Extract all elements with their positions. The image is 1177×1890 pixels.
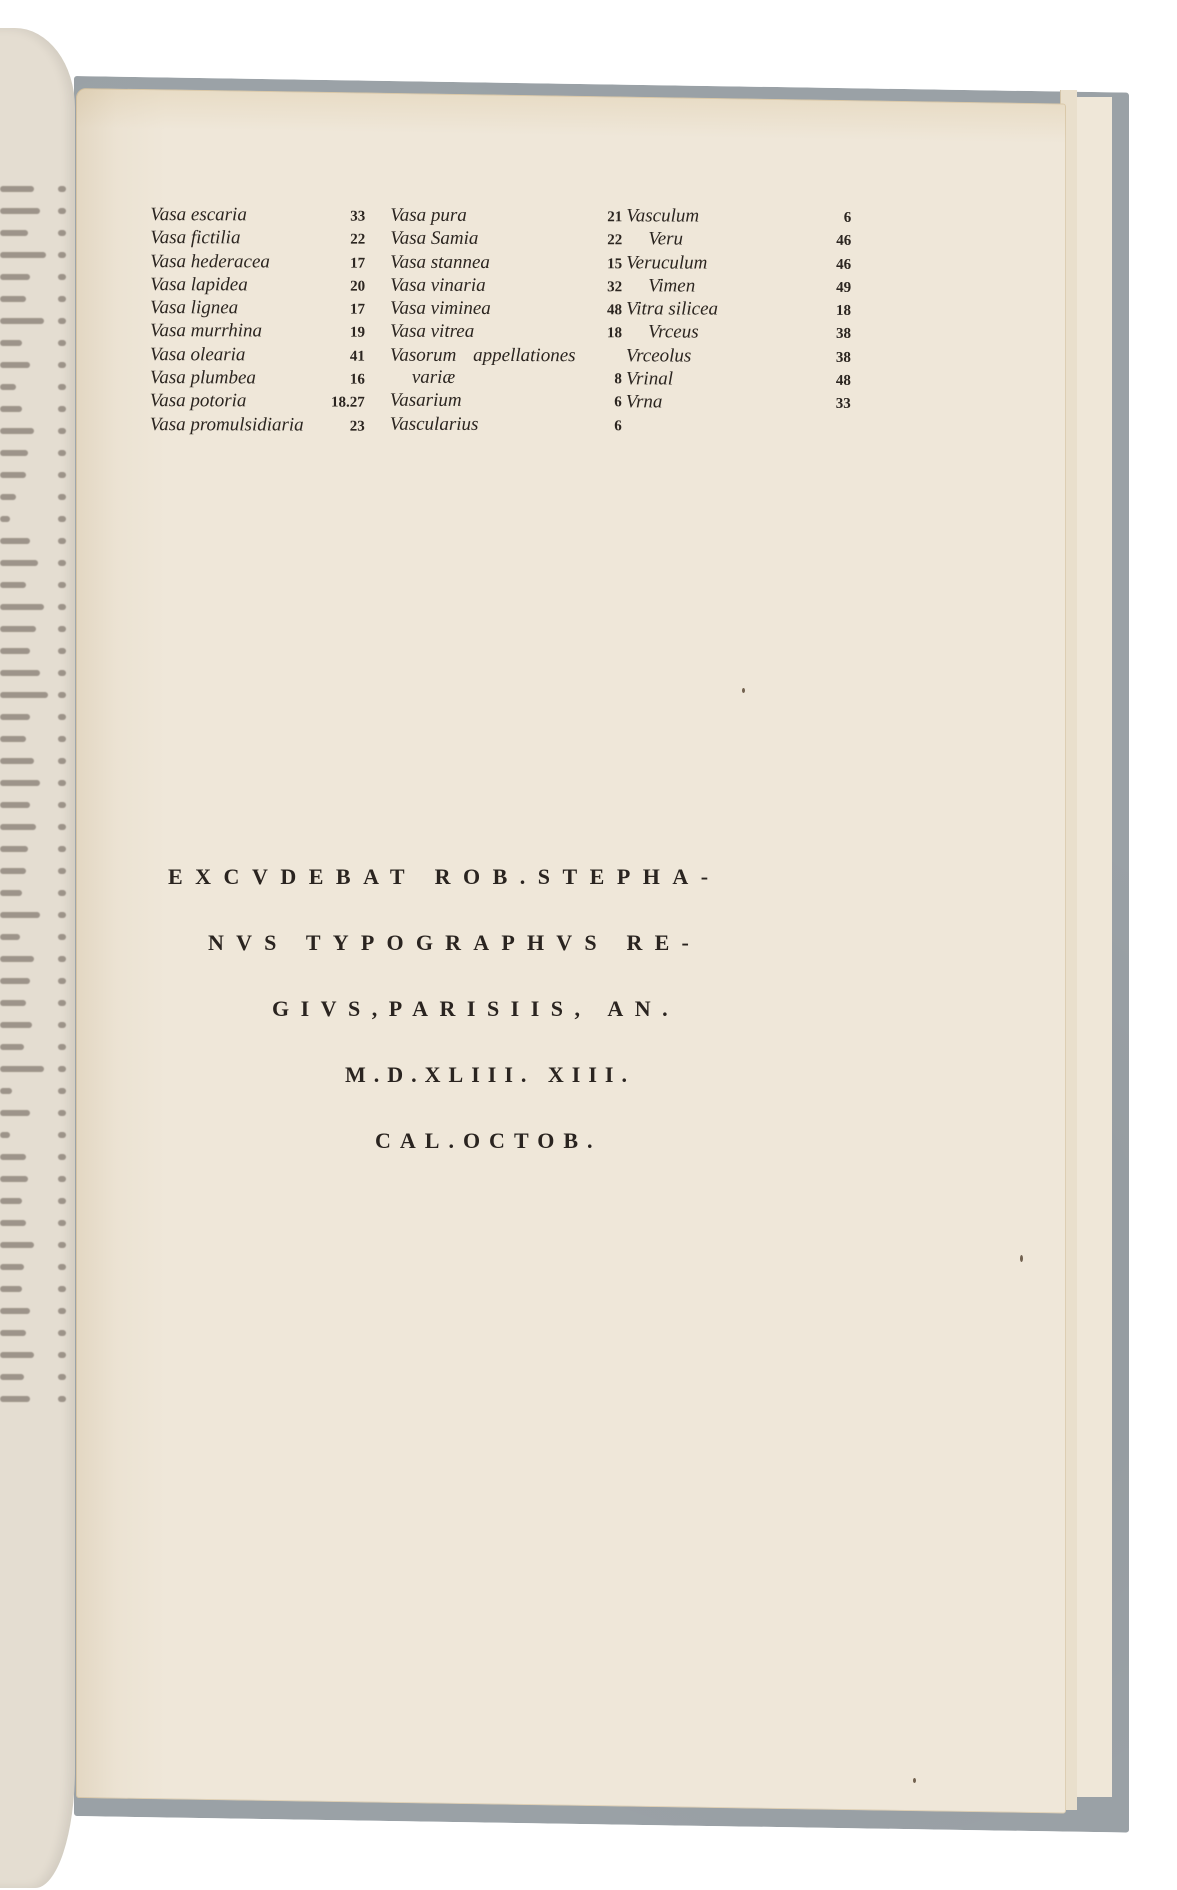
blurred-number (58, 824, 66, 830)
left-page-text-line (0, 1058, 70, 1080)
left-page-text-line (0, 420, 70, 442)
blurred-number (58, 604, 66, 610)
index-term: Vasa Samia (390, 228, 478, 251)
blurred-number (58, 362, 66, 368)
left-page-text-line (0, 1168, 70, 1190)
index-ref: 22 (337, 229, 365, 251)
blurred-word (0, 318, 44, 324)
blurred-number (58, 582, 66, 588)
left-page-text-line (0, 574, 70, 596)
index-term: Vasa promulsidiaria (150, 414, 304, 437)
blurred-word (0, 230, 28, 236)
colophon-line: NVS TYPOGRAPHVS RE- (160, 928, 800, 994)
index-entry: Veru46 (626, 229, 851, 253)
blurred-number (58, 890, 66, 896)
blurred-number (58, 1044, 66, 1050)
index-table: Vasa escaria33 Vasa fictilia22 Vasa hede… (150, 204, 852, 439)
blurred-word (0, 758, 34, 764)
left-page-text-line (0, 486, 70, 508)
blurred-number (58, 1066, 66, 1072)
index-entry: Vasa olearia41 (150, 344, 365, 368)
left-page-text-line (0, 640, 70, 662)
left-page-text-line (0, 618, 70, 640)
blurred-word (0, 1308, 30, 1314)
index-entry: Vasa Samia22 (390, 228, 622, 252)
blurred-word (0, 1352, 34, 1358)
left-page-text-line (0, 332, 70, 354)
index-ref: 32 (594, 276, 622, 298)
blurred-number (58, 626, 66, 632)
index-term: variæ (390, 367, 455, 389)
index-term: Vasorum appellationes (390, 344, 576, 367)
blurred-number (58, 692, 66, 698)
blurred-word (0, 252, 46, 258)
blurred-word (0, 1088, 12, 1094)
blurred-number (58, 1242, 66, 1248)
index-term: Vasa pura (390, 205, 467, 227)
blurred-number (58, 516, 66, 522)
blurred-number (58, 978, 66, 984)
index-ref: 23 (337, 415, 365, 437)
left-page-text-line (0, 1146, 70, 1168)
blurred-number (58, 538, 66, 544)
index-term: Vasa plumbea (150, 367, 256, 390)
index-term: Vasa vitrea (390, 321, 474, 344)
left-page-text-line (0, 1190, 70, 1212)
left-page (0, 28, 75, 1888)
blurred-number (58, 1110, 66, 1116)
blurred-word (0, 1110, 30, 1116)
left-page-text-line (0, 838, 70, 860)
blurred-word (0, 824, 36, 830)
blurred-number (58, 208, 66, 214)
index-entry: Vasarium6 (390, 390, 622, 414)
index-term: Vasa escaria (150, 204, 247, 227)
index-term: Vasa hederacea (150, 251, 270, 274)
page-edge-stack (1073, 97, 1112, 1797)
blurred-number (58, 1132, 66, 1138)
blurred-word (0, 384, 16, 390)
blurred-word (0, 1286, 22, 1292)
left-page-text-line (0, 442, 70, 464)
left-page-text-line (0, 1080, 70, 1102)
left-page-text-line (0, 904, 70, 926)
index-ref: 46 (823, 230, 851, 252)
left-page-text-line (0, 926, 70, 948)
index-ref: 6 (823, 207, 851, 229)
left-page-text-line (0, 310, 70, 332)
blurred-number (58, 1352, 66, 1358)
blurred-word (0, 714, 30, 720)
index-term: Vitra silicea (626, 299, 718, 322)
left-page-text-line (0, 398, 70, 420)
index-entry: Vitra silicea18 (626, 299, 851, 323)
blurred-word (0, 670, 40, 676)
index-column-3: Vasculum6 Veru46 Veruculum46 Vimen49 Vit… (626, 205, 852, 439)
blurred-number (58, 1286, 66, 1292)
left-page-text-line (0, 1014, 70, 1036)
left-page-text-line (0, 1300, 70, 1322)
blurred-word (0, 472, 26, 478)
blurred-number (58, 1176, 66, 1182)
left-page-text-line (0, 1322, 70, 1344)
index-term: Vascularius (390, 413, 479, 436)
blurred-number (58, 802, 66, 808)
blurred-number (58, 1308, 66, 1314)
blurred-word (0, 516, 10, 522)
paper-speck (742, 688, 745, 693)
blurred-number (58, 494, 66, 500)
blurred-word (0, 626, 36, 632)
left-page-text-line (0, 596, 70, 618)
blurred-number (58, 296, 66, 302)
index-term: Vasa stannea (390, 251, 490, 274)
colophon-line: EXCVDEBAT ROB.STEPHA- (160, 862, 800, 928)
blurred-word (0, 1066, 44, 1072)
index-term: Vasculum (626, 205, 699, 227)
left-page-text-line (0, 222, 70, 244)
left-page-text-line (0, 552, 70, 574)
blurred-word (0, 1154, 26, 1160)
blurred-number (58, 648, 66, 654)
blurred-number (58, 252, 66, 258)
blurred-word (0, 604, 44, 610)
left-page-text-line (0, 288, 70, 310)
blurred-number (58, 1264, 66, 1270)
index-ref: 33 (823, 393, 851, 415)
blurred-word (0, 582, 26, 588)
index-ref: 46 (823, 253, 851, 275)
blurred-word (0, 1220, 26, 1226)
blurred-word (0, 1176, 28, 1182)
index-entry: variæ8 (390, 367, 622, 391)
blurred-word (0, 1198, 22, 1204)
blurred-word (0, 978, 30, 984)
index-column-2: Vasa pura21 Vasa Samia22 Vasa stannea15 … (390, 205, 623, 439)
index-entry: Vasa lignea17 (150, 297, 365, 321)
blurred-word (0, 560, 38, 566)
blurred-number (58, 956, 66, 962)
colophon-line: GIVS,PARISIIS, AN. (160, 994, 800, 1060)
left-page-text-line (0, 882, 70, 904)
index-ref: 21 (594, 206, 622, 228)
left-page-text-line (0, 728, 70, 750)
index-entry: Vrceus38 (626, 322, 851, 346)
left-page-text-line (0, 970, 70, 992)
index-ref: 33 (337, 206, 365, 228)
left-page-text-line (0, 1102, 70, 1124)
index-term: Vrinal (626, 368, 673, 390)
colophon: EXCVDEBAT ROB.STEPHA- NVS TYPOGRAPHVS RE… (160, 862, 800, 1192)
left-page-text-line (0, 684, 70, 706)
left-page-text-line (0, 1344, 70, 1366)
blurred-number (58, 1396, 66, 1402)
index-entry: Vrna33 (626, 392, 851, 416)
index-entry: Vasa stannea15 (390, 251, 622, 275)
left-page-text-line (0, 376, 70, 398)
blurred-number (58, 670, 66, 676)
blurred-number (58, 450, 66, 456)
left-page-text-line (0, 794, 70, 816)
blurred-word (0, 802, 30, 808)
index-term: Veru (626, 229, 683, 251)
index-entry: Vasa vitrea18 (390, 321, 622, 345)
index-entry: Vasa plumbea16 (150, 367, 365, 391)
left-page-text-line (0, 772, 70, 794)
left-page-text-line (0, 992, 70, 1014)
blurred-word (0, 340, 22, 346)
blurred-word (0, 362, 30, 368)
index-entry: Vrinal48 (626, 368, 851, 392)
index-term: Vasa murrhina (150, 321, 262, 344)
left-page-text-line (0, 178, 70, 200)
blurred-number (58, 472, 66, 478)
blurred-word (0, 1396, 30, 1402)
left-page-text-line (0, 244, 70, 266)
blurred-number (58, 758, 66, 764)
index-ref: 20 (337, 275, 365, 297)
left-page-text-line (0, 1278, 70, 1300)
blurred-number (58, 780, 66, 786)
index-entry: Vrceolus38 (626, 345, 851, 369)
index-term: Vasa fictilia (150, 227, 240, 250)
left-page-text-line (0, 464, 70, 486)
index-entry: Vasa hederacea17 (150, 251, 365, 275)
index-entry: Vasa potoria18.27 (150, 390, 365, 414)
index-entry: Vasculum6 (626, 205, 851, 229)
index-term: Vasarium (390, 390, 462, 412)
index-ref: 8 (594, 368, 622, 390)
blurred-word (0, 186, 34, 192)
colophon-line: CAL.OCTOB. (160, 1126, 800, 1192)
left-page-text-line (0, 508, 70, 530)
left-page-text-line (0, 266, 70, 288)
index-term: Vrceolus (626, 345, 691, 367)
blurred-number (58, 1330, 66, 1336)
blurred-number (58, 934, 66, 940)
index-entry: Vasorum appellationes (390, 344, 622, 367)
index-entry: Veruculum46 (626, 252, 851, 276)
blurred-word (0, 1374, 24, 1380)
blurred-number (58, 406, 66, 412)
blurred-word (0, 846, 28, 852)
blurred-number (58, 186, 66, 192)
blurred-word (0, 956, 34, 962)
index-entry: Vasa vinaria32 (390, 275, 622, 299)
index-term: Vimen (626, 275, 695, 297)
blurred-number (58, 1154, 66, 1160)
blurred-number (58, 274, 66, 280)
left-page-text-line (0, 706, 70, 728)
blurred-number (58, 1000, 66, 1006)
index-ref: 6 (594, 415, 622, 437)
left-page-text-line (0, 1036, 70, 1058)
index-ref: 38 (823, 323, 851, 345)
blurred-word (0, 296, 26, 302)
index-entry: Vasa escaria33 (150, 204, 365, 228)
blurred-number (58, 736, 66, 742)
blurred-word (0, 208, 40, 214)
blurred-word (0, 692, 48, 698)
blurred-word (0, 1264, 24, 1270)
left-page-text-line (0, 662, 70, 684)
blurred-number (58, 846, 66, 852)
index-entry: Vasa lapidea20 (150, 274, 365, 298)
index-term: Vasa lapidea (150, 274, 248, 297)
index-term: Vasa potoria (150, 390, 247, 413)
index-column-1: Vasa escaria33 Vasa fictilia22 Vasa hede… (150, 204, 366, 438)
blurred-word (0, 1242, 34, 1248)
blurred-word (0, 1330, 26, 1336)
left-page-text-line (0, 1256, 70, 1278)
blurred-word (0, 1022, 32, 1028)
blurred-number (58, 714, 66, 720)
index-entry: Vasa viminea48 (390, 298, 622, 322)
blurred-word (0, 274, 30, 280)
blurred-word (0, 494, 16, 500)
blurred-word (0, 648, 30, 654)
blurred-number (58, 912, 66, 918)
index-entry: Vasa pura21 (390, 205, 622, 229)
index-ref: 18.27 (331, 392, 365, 414)
index-ref: 18 (823, 300, 851, 322)
blurred-number (58, 1220, 66, 1226)
blurred-number (58, 1022, 66, 1028)
blurred-number (58, 1088, 66, 1094)
left-page-text-line (0, 354, 70, 376)
index-term: Vasa olearia (150, 344, 246, 367)
index-ref: 17 (337, 252, 365, 274)
index-ref: 41 (337, 345, 365, 367)
left-page-text-line (0, 530, 70, 552)
left-page-text-lines (0, 178, 70, 1410)
left-page-text-line (0, 948, 70, 970)
left-page-text-line (0, 1366, 70, 1388)
blurred-number (58, 318, 66, 324)
index-ref: 16 (337, 369, 365, 391)
blurred-number (58, 428, 66, 434)
paper-speck (913, 1778, 916, 1783)
index-ref: 15 (594, 253, 622, 275)
index-term: Vasa vinaria (390, 275, 486, 298)
blurred-number (58, 340, 66, 346)
blurred-word (0, 868, 26, 874)
blurred-word (0, 890, 22, 896)
blurred-word (0, 1000, 26, 1006)
index-term: Vasa lignea (150, 297, 238, 320)
left-page-text-line (0, 816, 70, 838)
blurred-word (0, 780, 40, 786)
blurred-word (0, 406, 22, 412)
index-entry: Vasa fictilia22 (150, 227, 365, 251)
blurred-word (0, 428, 34, 434)
index-term: Vrceus (626, 322, 699, 344)
blurred-number (58, 560, 66, 566)
left-page-text-line (0, 1212, 70, 1234)
blurred-word (0, 1132, 10, 1138)
left-page-text-line (0, 860, 70, 882)
blurred-number (58, 230, 66, 236)
blurred-word (0, 450, 28, 456)
blurred-word (0, 1044, 24, 1050)
index-entry: Vimen49 (626, 275, 851, 299)
index-ref: 49 (823, 277, 851, 299)
left-page-text-line (0, 1124, 70, 1146)
left-page-text-line (0, 1388, 70, 1410)
index-entry: Vascularius6 (390, 413, 622, 437)
index-entry: Vasa murrhina19 (150, 321, 365, 345)
blurred-number (58, 384, 66, 390)
left-page-text-line (0, 750, 70, 772)
blurred-word (0, 538, 30, 544)
index-ref: 48 (594, 299, 622, 321)
colophon-line: M.D.XLIII. XIII. (160, 1060, 800, 1126)
blurred-number (58, 868, 66, 874)
blurred-word (0, 736, 26, 742)
index-term: Vasa viminea (390, 298, 491, 321)
index-ref: 22 (594, 230, 622, 252)
left-page-text-line (0, 200, 70, 222)
index-ref: 19 (337, 322, 365, 344)
paper-speck (1020, 1255, 1023, 1262)
blurred-number (58, 1198, 66, 1204)
index-ref: 48 (823, 370, 851, 392)
index-term: Veruculum (626, 252, 707, 275)
index-ref: 17 (337, 299, 365, 321)
index-ref: 18 (594, 323, 622, 345)
blurred-word (0, 912, 40, 918)
index-entry: Vasa promulsidiaria23 (150, 414, 365, 438)
blurred-number (58, 1374, 66, 1380)
index-ref: 38 (823, 347, 851, 369)
left-page-text-line (0, 1234, 70, 1256)
index-term: Vrna (626, 392, 663, 414)
blurred-word (0, 934, 20, 940)
index-ref: 6 (594, 392, 622, 414)
